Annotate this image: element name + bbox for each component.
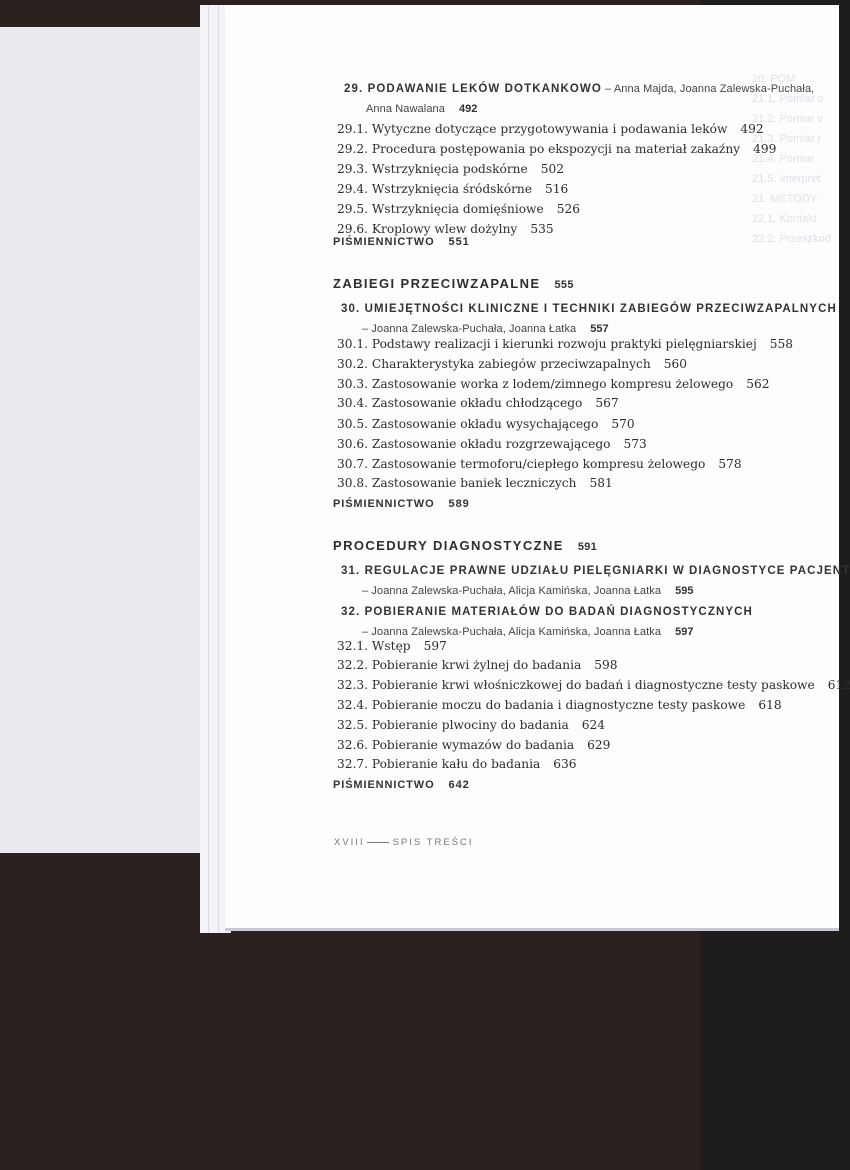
subsection-title: Wstrzyknięcia śródskórne [372,182,532,196]
toc-page: 20. POM21.1. Pomiar o21.2. Pomiar v21.3.… [225,5,839,928]
subsection-number: 29.3. [337,162,368,176]
page-number: 581 [589,476,612,490]
subsection-number: 30.3. [337,377,368,391]
bibliography-title: PIŚMIENNICTWO [333,236,435,248]
subsection-title: Wstęp [372,639,411,653]
subsection-title: Pobieranie krwi żylnej do badania [372,658,581,672]
subsection-title: Wstrzyknięcia podskórne [372,162,528,176]
page-number: 598 [594,658,617,672]
page-number: 597 [424,639,447,653]
toc-bibliography: PIŚMIENNICTWO642 [333,779,470,791]
page-number: 502 [541,162,564,176]
subsection-title: Zastosowanie okładu chłodzącego [372,396,582,410]
page-number: 558 [770,337,793,351]
subsection-title: Wytyczne dotyczące przygotowywania i pod… [372,122,728,136]
page-number: 551 [449,236,470,248]
subsection-number: 30.1. [337,337,368,351]
page-number: 595 [675,585,693,597]
chapter-authors: Anna Nawalana [366,103,445,115]
toc-chapter-authors: – Joanna Zalewska-Puchała, Alicja Kamińs… [362,620,693,639]
page-number: 492 [740,122,763,136]
chapter-title: 31. REGULACJE PRAWNE UDZIAŁU PIELĘGNIARK… [341,565,850,577]
page-number: 642 [449,779,470,791]
toc-subsection: 29.2. Procedura postępowania po ekspozyc… [337,142,776,156]
toc-subsection: 29.3. Wstrzyknięcia podskórne502 [337,162,564,176]
subsection-number: 30.2. [337,357,368,371]
page-number: 557 [590,323,608,335]
section-title: PROCEDURY DIAGNOSTYCZNE [333,538,564,553]
page-number: 612 [828,678,850,692]
subsection-title: Zastosowanie termoforu/ciepłego kompresu… [372,457,705,471]
page-number: 535 [530,222,553,236]
chapter-authors: – Anna Majda, Joanna Zalewska-Puchała, [602,83,814,95]
toc-subsection: 32.4. Pobieranie moczu do badania i diag… [337,698,782,712]
chapter-authors: – Joanna Zalewska-Puchała, Alicja Kamińs… [362,585,661,597]
page-number: 573 [623,437,646,451]
toc-bibliography: PIŚMIENNICTWO551 [333,236,470,248]
page-number: XVIII [334,837,365,848]
toc-bibliography: PIŚMIENNICTWO589 [333,498,470,510]
subsection-number: 30.5. [337,417,368,431]
subsection-number: 29.4. [337,182,368,196]
subsection-number: 30.6. [337,437,368,451]
chapter-authors: – Joanna Zalewska-Puchała, Joanna Łatka [362,323,576,335]
toc-subsection: 30.5. Zastosowanie okładu wysychającego5… [337,417,635,431]
toc-chapter-authors: – Joanna Zalewska-Puchała, Joanna Łatka5… [362,317,609,336]
page-number: 618 [758,698,781,712]
page-number: 589 [449,498,470,510]
table-of-contents: 29. PODAWANIE LEKÓW DOTKANKOWO – Anna Ma… [225,5,839,928]
subsection-number: 32.3. [337,678,368,692]
subsection-title: Pobieranie krwi włośniczkowej do badań i… [372,678,815,692]
page-number: 499 [753,142,776,156]
toc-subsection: 30.8. Zastosowanie baniek leczniczych581 [337,476,613,490]
toc-subsection: 29.5. Wstrzyknięcia domięśniowe526 [337,202,580,216]
toc-subsection: 30.2. Charakterystyka zabiegów przeciwza… [337,357,687,371]
subsection-number: 32.1. [337,639,368,653]
subsection-title: Zastosowanie worka z lodem/zimnego kompr… [372,377,733,391]
page-number: 526 [557,202,580,216]
subsection-title: Zastosowanie okładu rozgrzewającego [372,437,611,451]
page-number: 516 [545,182,568,196]
toc-subsection: 32.1. Wstęp597 [337,639,447,653]
toc-chapter: 32. POBIERANIE MATERIAŁÓW DO BADAŃ DIAGN… [341,600,753,619]
subsection-number: 29.1. [337,122,368,136]
page-number: 636 [553,757,576,771]
toc-chapter: 30. UMIEJĘTNOŚCI KLINICZNE I TECHNIKI ZA… [341,297,837,316]
page-number: 624 [582,718,605,732]
subsection-title: Pobieranie moczu do badania i diagnostyc… [372,698,745,712]
subsection-title: Pobieranie wymazów do badania [372,738,574,752]
toc-subsection: 29.1. Wytyczne dotyczące przygotowywania… [337,122,764,136]
subsection-title: Zastosowanie baniek leczniczych [372,476,577,490]
chapter-title: 32. POBIERANIE MATERIAŁÓW DO BADAŃ DIAGN… [341,606,753,618]
subsection-title: Pobieranie plwociny do badania [372,718,569,732]
subsection-title: Kroplowy wlew dożylny [372,222,517,236]
toc-subsection: 32.6. Pobieranie wymazów do badania629 [337,738,610,752]
page-number: 567 [595,396,618,410]
footer-dash [367,842,389,843]
subsection-title: Podstawy realizacji i kierunki rozwoju p… [372,337,757,351]
subsection-number: 30.8. [337,476,368,490]
chapter-title: 29. PODAWANIE LEKÓW DOTKANKOWO [344,83,602,95]
subsection-number: 32.7. [337,757,368,771]
toc-chapter: 29. PODAWANIE LEKÓW DOTKANKOWO – Anna Ma… [344,77,814,96]
toc-section: PROCEDURY DIAGNOSTYCZNE591 [333,538,597,553]
subsection-title: Wstrzyknięcia domięśniowe [372,202,544,216]
bibliography-title: PIŚMIENNICTWO [333,498,435,510]
toc-chapter-authors: Anna Nawalana492 [366,97,477,116]
page-number: 629 [587,738,610,752]
subsection-number: 29.2. [337,142,368,156]
page-number: 492 [459,103,477,115]
chapter-authors: – Joanna Zalewska-Puchała, Alicja Kamińs… [362,626,661,638]
toc-subsection: 32.3. Pobieranie krwi włośniczkowej do b… [337,678,850,692]
toc-subsection: 30.4. Zastosowanie okładu chłodzącego567 [337,396,619,410]
toc-subsection: 30.7. Zastosowanie termoforu/ciepłego ko… [337,457,742,471]
page-number: 597 [675,626,693,638]
page-footer: XVIIISPIS TREŚCI [334,837,474,848]
page-number: 562 [746,377,769,391]
page-number: 555 [555,279,574,291]
page-number: 591 [578,541,597,553]
subsection-title: Procedura postępowania po ekspozycji na … [372,142,740,156]
subsection-number: 29.6. [337,222,368,236]
subsection-number: 29.5. [337,202,368,216]
page-number: 560 [664,357,687,371]
running-title: SPIS TREŚCI [393,837,474,848]
subsection-title: Zastosowanie okładu wysychającego [372,417,598,431]
toc-subsection: 32.2. Pobieranie krwi żylnej do badania5… [337,658,618,672]
page-number: 570 [611,417,634,431]
toc-subsection: 32.5. Pobieranie plwociny do badania624 [337,718,605,732]
chapter-title: 30. UMIEJĘTNOŚCI KLINICZNE I TECHNIKI ZA… [341,303,837,315]
subsection-number: 32.5. [337,718,368,732]
subsection-number: 30.4. [337,396,368,410]
toc-subsection: 29.4. Wstrzyknięcia śródskórne516 [337,182,568,196]
toc-chapter-authors: – Joanna Zalewska-Puchała, Alicja Kamińs… [362,579,693,598]
subsection-number: 32.4. [337,698,368,712]
subsection-title: Pobieranie kału do badania [372,757,540,771]
subsection-title: Charakterystyka zabiegów przeciwzapalnyc… [372,357,651,371]
facing-page-edge [0,27,200,853]
toc-chapter: 31. REGULACJE PRAWNE UDZIAŁU PIELĘGNIARK… [341,559,850,578]
toc-subsection: 29.6. Kroplowy wlew dożylny535 [337,222,554,236]
toc-subsection: 30.1. Podstawy realizacji i kierunki roz… [337,337,793,351]
toc-subsection: 32.7. Pobieranie kału do badania636 [337,757,577,771]
subsection-number: 32.2. [337,658,368,672]
toc-subsection: 30.6. Zastosowanie okładu rozgrzewająceg… [337,437,647,451]
subsection-number: 32.6. [337,738,368,752]
page-number: 578 [718,457,741,471]
toc-subsection: 30.3. Zastosowanie worka z lodem/zimnego… [337,377,770,391]
section-title: ZABIEGI PRZECIWZAPALNE [333,276,541,291]
subsection-number: 30.7. [337,457,368,471]
bibliography-title: PIŚMIENNICTWO [333,779,435,791]
toc-section: ZABIEGI PRZECIWZAPALNE555 [333,276,574,291]
